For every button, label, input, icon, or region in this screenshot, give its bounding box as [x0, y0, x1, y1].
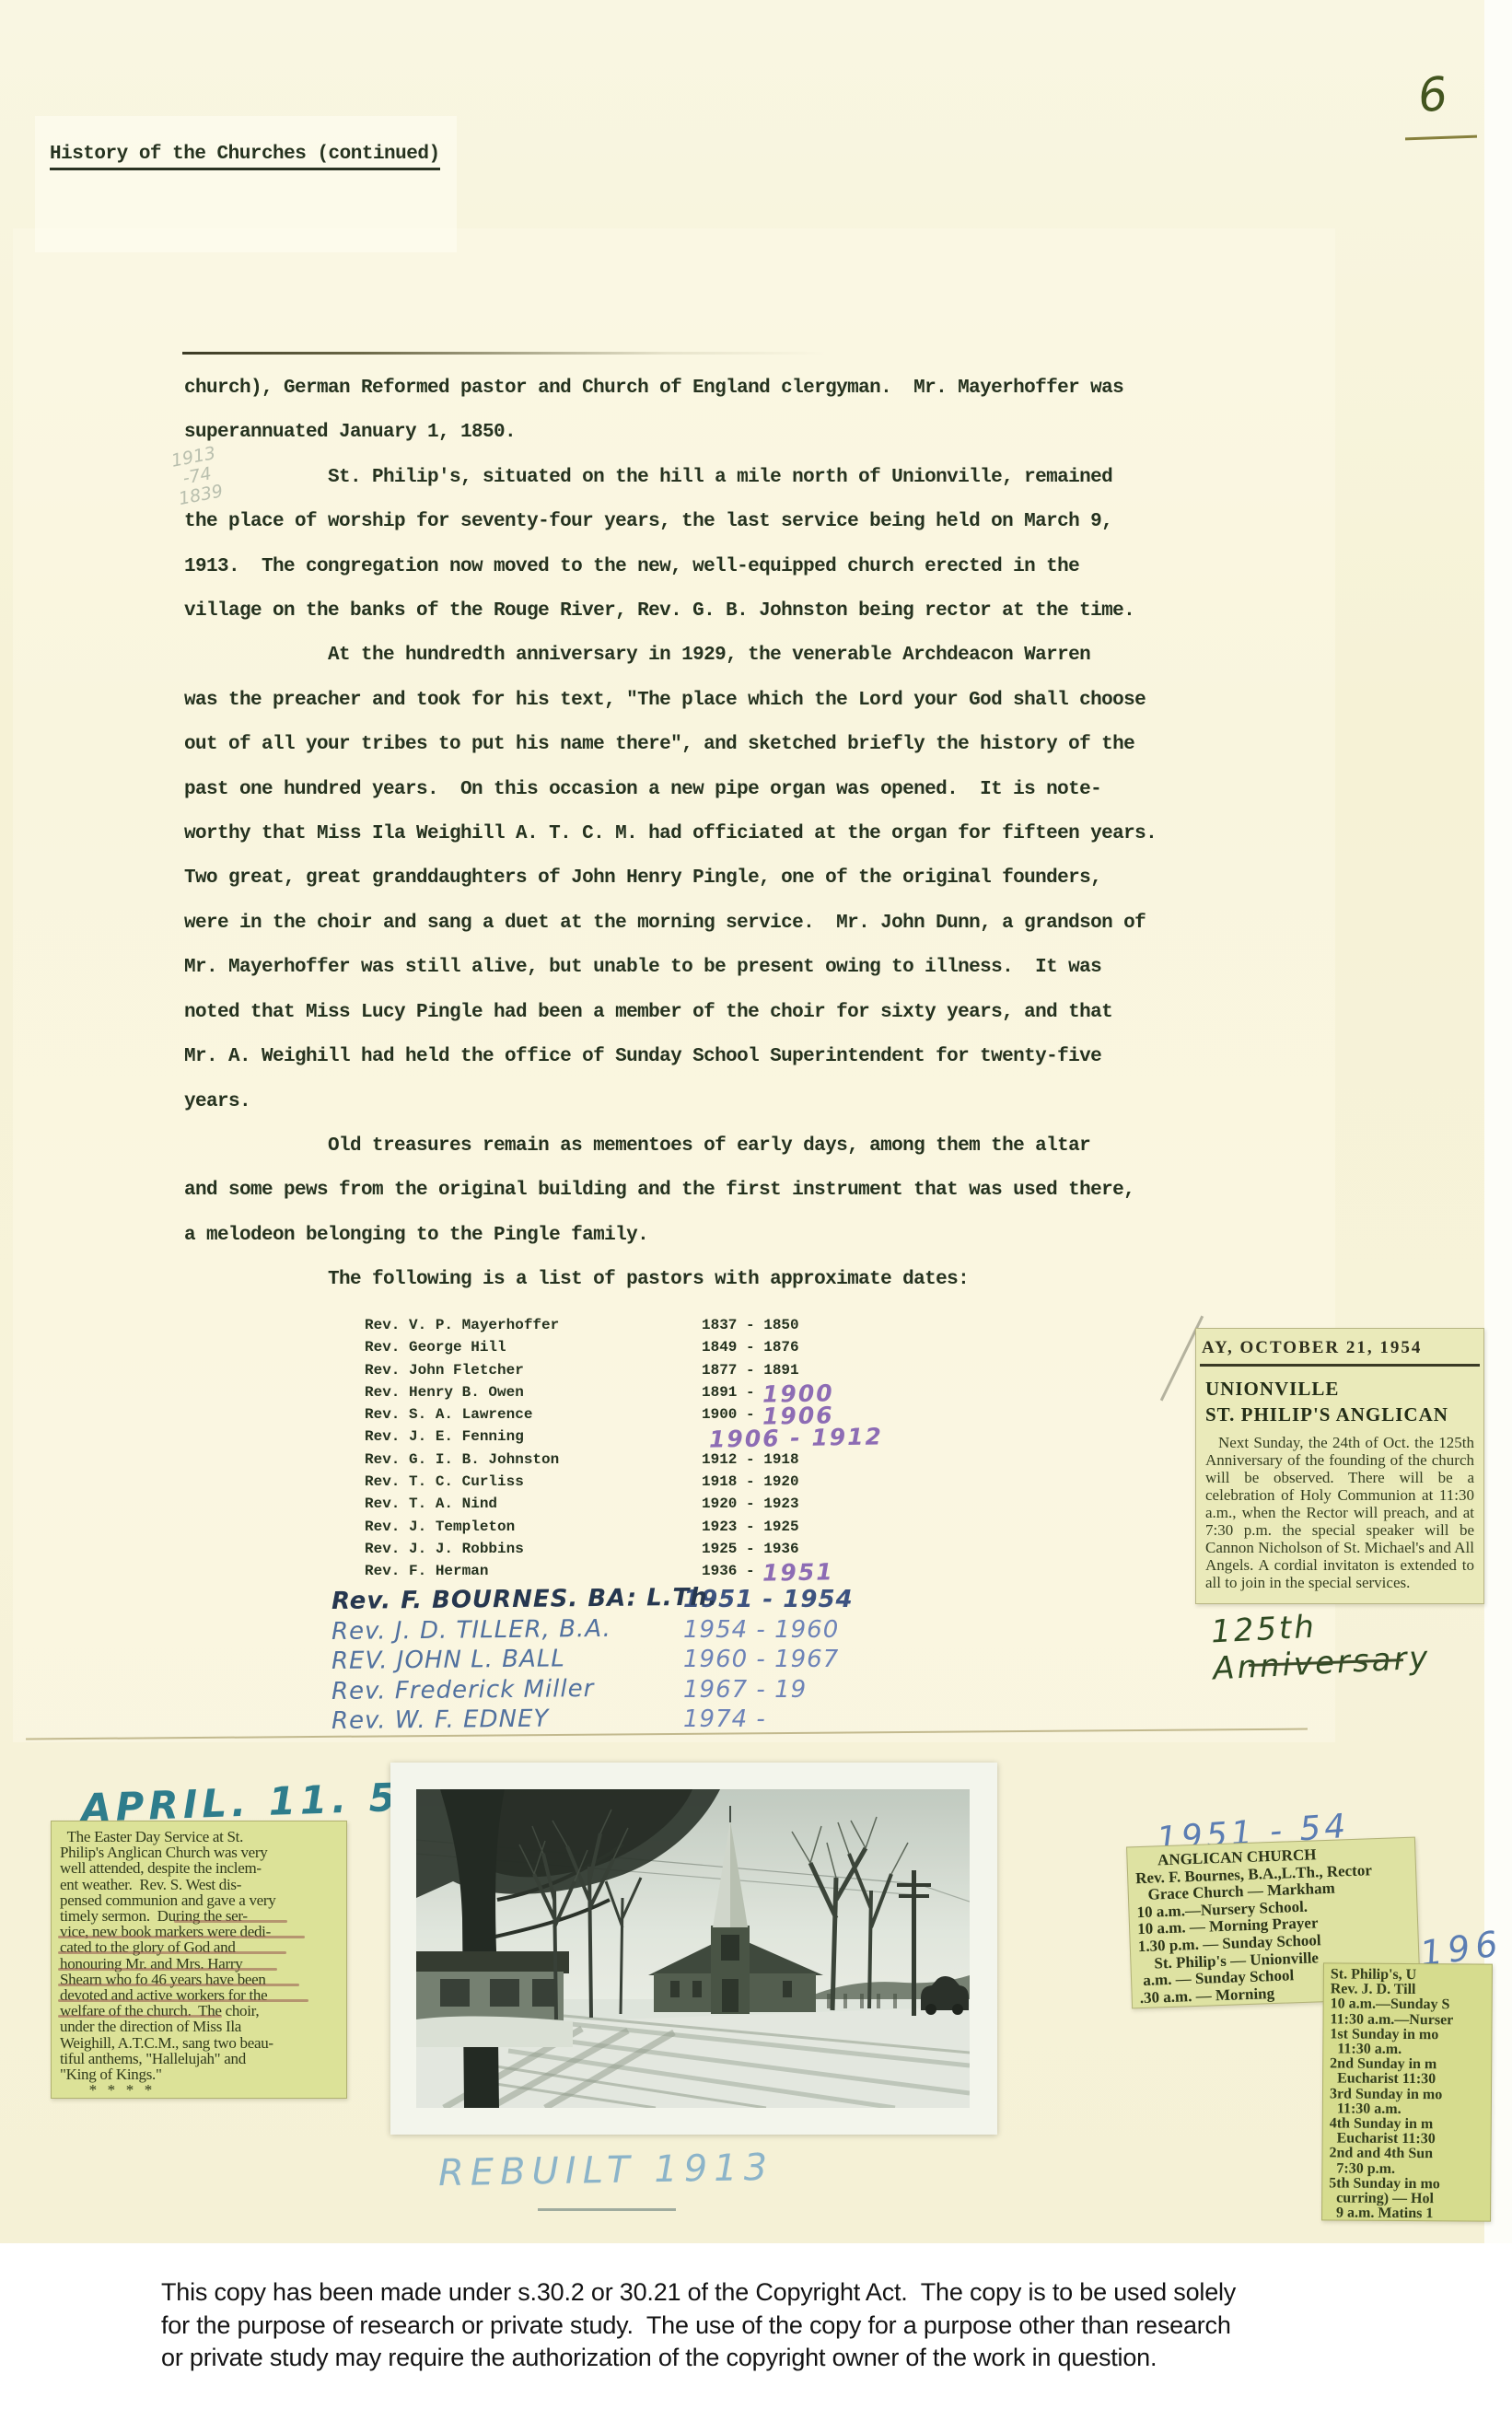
pastor-dates: 1849 - 1876 [702, 1339, 799, 1356]
pastor-list: Rev. V. P. Mayerhoffer 1837 - 1850 Rev. … [365, 1317, 954, 1586]
pastor-row: Rev. J. Templeton 1923 - 1925 [365, 1519, 954, 1541]
page-title: History of the Churches (continued) [50, 144, 440, 165]
pastor-name: Rev. Frederick Miller [331, 1674, 683, 1707]
pastor-name: Rev. J. Templeton [365, 1519, 702, 1535]
pastor-dates: 1954 - 1960 [683, 1616, 839, 1647]
pastor-row: Rev. George Hill 1849 - 1876 [365, 1339, 954, 1361]
rebuilt-handwritten-note: REBUILT 1913 [438, 2147, 774, 2194]
pencil-underline [58, 1999, 308, 2002]
header-label-patch [35, 116, 457, 252]
copyright-band: This copy has been made under s.30.2 or … [0, 2243, 1512, 2409]
pastor-row-handwritten: REV. JOHN L. BALL 1960 - 1967 [331, 1646, 939, 1676]
pastor-dates: 1891 - [702, 1384, 755, 1401]
pastor-name: Rev. George Hill [365, 1339, 702, 1356]
newspaper-clipping-october-1954: AY, OCTOBER 21, 1954 UNIONVILLE ST. PHIL… [1195, 1328, 1484, 1604]
page-number-underline [1405, 135, 1477, 141]
newspaper-clipping-st-philips-services: St. Philip's, U Rev. J. D. Till 10 a.m.—… [1321, 1962, 1493, 2221]
pencil-underline [58, 1936, 305, 1938]
pastor-row-handwritten: Rev. W. F. EDNEY 1974 - [331, 1705, 939, 1736]
pastor-name: Rev. J. D. TILLER, B.A. [331, 1614, 683, 1647]
pastor-name: Rev. T. A. Nind [365, 1495, 702, 1512]
pencil-underline [58, 2015, 222, 2018]
typed-body-text: church), German Reformed pastor and Chur… [184, 367, 1234, 1303]
clipping-subheading: ST. PHILIP'S ANGLICAN [1196, 1401, 1483, 1426]
pastor-dates: 1877 - 1891 [702, 1362, 799, 1379]
handwritten-pastor-list: Rev. F. BOURNES. BA: L.Th. 1951 - 1954 R… [331, 1586, 939, 1736]
pastor-row: Rev. J. E. Fenning 1906 - 1912 [365, 1428, 954, 1450]
pastor-name: Rev. S. A. Lawrence [365, 1406, 702, 1423]
clipping-body: St. Philip's, U Rev. J. D. Till 10 a.m.—… [1322, 1963, 1492, 2221]
clipping-body: Next Sunday, the 24th of Oct. the 125th … [1196, 1426, 1483, 1591]
pastor-name: Rev. F. Herman [365, 1563, 702, 1579]
pastor-dates: 1912 - 1918 [702, 1451, 799, 1468]
sheet-top-edge [182, 352, 827, 355]
pastor-row: Rev. T. A. Nind 1920 - 1923 [365, 1495, 954, 1518]
pastor-dates: 1900 - [702, 1406, 755, 1423]
pastor-name: REV. JOHN L. BALL [331, 1644, 683, 1677]
pastor-row: Rev. F. Herman 1936 - 1951 [365, 1563, 954, 1585]
pastor-row-handwritten: Rev. Frederick Miller 1967 - 19 [331, 1676, 939, 1706]
pastor-dates: 1923 - 1925 [702, 1519, 799, 1535]
pastor-dates: 1925 - 1936 [702, 1541, 799, 1557]
pastor-row: Rev. V. P. Mayerhoffer 1837 - 1850 [365, 1317, 954, 1339]
pastor-name: Rev. W. F. EDNEY [331, 1704, 683, 1737]
pencil-underline [58, 1984, 299, 1986]
pastor-dates: 1936 - [702, 1563, 755, 1579]
pastor-name: Rev. Henry B. Owen [365, 1384, 702, 1401]
anniversary-handwritten-note: 125th Anniversary [1210, 1599, 1512, 1688]
page-number: 6 [1415, 66, 1450, 122]
pastor-dates-handwritten: 1951 [762, 1559, 833, 1587]
rebuilt-note-underline [538, 2208, 676, 2211]
church-photo-illustration [416, 1789, 970, 2108]
pastor-row: Rev. J. J. Robbins 1925 - 1936 [365, 1541, 954, 1563]
pencil-underline [174, 1920, 287, 1923]
pastor-dates: 1960 - 1967 [683, 1646, 839, 1676]
pastor-dates: 1920 - 1923 [702, 1495, 799, 1512]
pastor-dates: 1918 - 1920 [702, 1473, 799, 1490]
pastor-name: Rev. John Fletcher [365, 1362, 702, 1379]
scan-edge-strip [1484, 0, 1512, 2243]
pastor-row: Rev. G. I. B. Johnston 1912 - 1918 [365, 1451, 954, 1473]
pastor-name: Rev. F. BOURNES. BA: L.Th. [331, 1584, 683, 1617]
photograph-frame [390, 1763, 997, 2135]
pastor-row: Rev. Henry B. Owen 1891 - 1900 [365, 1384, 954, 1406]
pastor-name: Rev. J. J. Robbins [365, 1541, 702, 1557]
copyright-notice: This copy has been made under s.30.2 or … [161, 2276, 1236, 2375]
pastor-dates-handwritten: 1906 - 1912 [709, 1424, 883, 1453]
pencil-underline [58, 1968, 277, 1971]
scrapbook-page: History of the Churches (continued) 6 19… [0, 0, 1512, 2409]
pastor-name: Rev. T. C. Curliss [365, 1473, 702, 1490]
pastor-dates: 1837 - 1850 [702, 1317, 799, 1333]
clipping-heading: UNIONVILLE [1196, 1367, 1483, 1401]
pastor-name: Rev. V. P. Mayerhoffer [365, 1317, 702, 1333]
pastor-dates: 1967 - 19 [683, 1676, 807, 1706]
pastor-name: Rev. J. E. Fenning [365, 1428, 702, 1445]
pastor-row: Rev. T. C. Curliss 1918 - 1920 [365, 1473, 954, 1495]
pastor-dates: 1974 - [683, 1705, 766, 1736]
pastor-row-handwritten: Rev. F. BOURNES. BA: L.Th. 1951 - 1954 [331, 1586, 939, 1616]
pastor-row: Rev. John Fletcher 1877 - 1891 [365, 1362, 954, 1384]
clipping-dateline: AY, OCTOBER 21, 1954 [1196, 1329, 1483, 1362]
newspaper-clipping-easter: The Easter Day Service at St. Philip's A… [51, 1821, 347, 2099]
pastor-name: Rev. G. I. B. Johnston [365, 1451, 702, 1468]
pastor-row-handwritten: Rev. J. D. TILLER, B.A. 1954 - 1960 [331, 1616, 939, 1647]
clipping-body: The Easter Day Service at St. Philip's A… [52, 1821, 346, 2105]
pencil-underline [58, 1951, 286, 1954]
